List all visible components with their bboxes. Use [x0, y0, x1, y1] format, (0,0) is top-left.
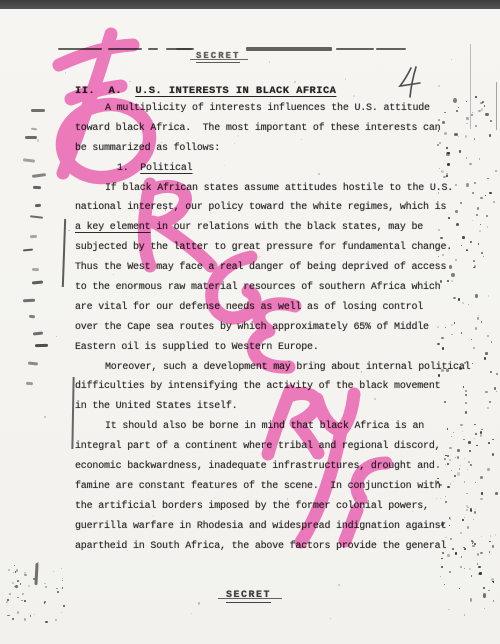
marker-letter-e — [253, 304, 295, 367]
scanned-document-page: SECRET 4 II. A. U.S. INTERESTS IN BLACK … — [0, 0, 500, 644]
marker-comma — [357, 463, 386, 499]
marker-letter-g — [212, 257, 255, 318]
forgery-marker-overlay: FORGERY, — [0, 0, 500, 644]
